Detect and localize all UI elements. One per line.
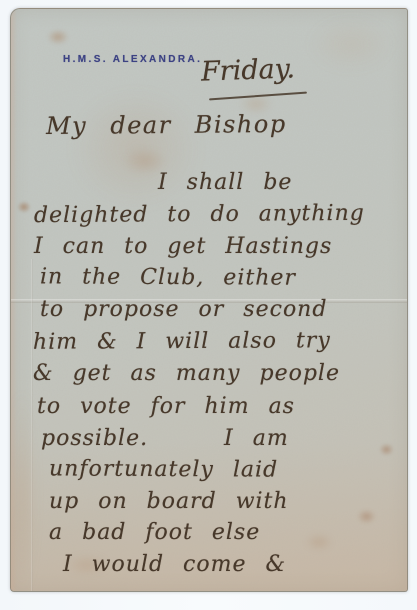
scanned-letter-page: H.M.S. ALEXANDRA. Friday. My dear Bishop… [0,0,417,610]
letter-line: unfortunately laid [49,456,278,482]
letter-line: a bad foot else [49,520,260,545]
letter-line: delighted to do anything [34,201,365,228]
letter-paper: H.M.S. ALEXANDRA. Friday. My dear Bishop… [10,8,408,592]
letter-line: I can to get Hastings [34,234,332,259]
foxing-stain [47,29,69,45]
date-underline [209,92,307,101]
letter-line: possible. I am [41,426,289,451]
handwritten-date: Friday. [200,53,295,87]
letter-line: in the Club, either [40,264,296,290]
letter-line: to propose or second [40,297,327,322]
vertical-fold-crease [31,259,33,591]
letter-line: I would come & [63,552,286,577]
letter-line: I shall be [158,170,292,195]
letter-line: up on board with [49,489,289,514]
foxing-stain [309,17,393,71]
ship-letterhead: H.M.S. ALEXANDRA. [63,54,202,65]
letter-line: him & I will also try [33,328,331,355]
letter-greeting: My dear Bishop [46,110,287,140]
letter-line: to vote for him as [37,394,295,419]
foxing-stain [17,201,31,213]
letter-line: & get as many people [33,361,340,386]
